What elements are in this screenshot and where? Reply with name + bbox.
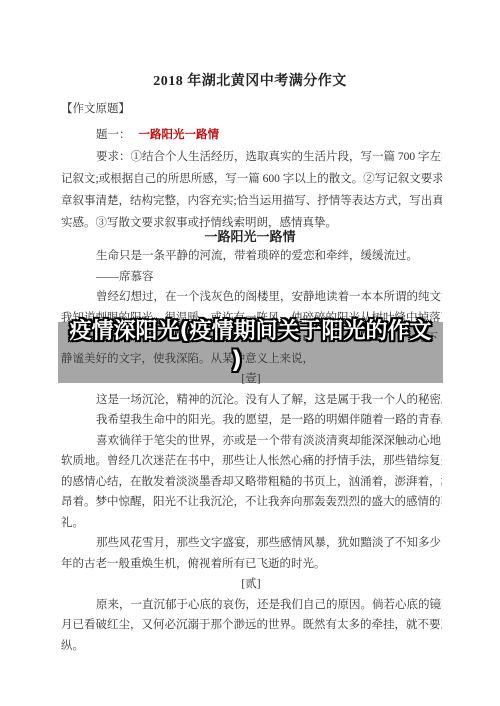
topic-line: 题一：一路阳光一路情 [60,124,442,146]
overlay-caption-title: 疫情深阳光(疫情期间关于阳光的作文 ) [58,318,443,375]
essay-line: 昂着。梦中惊醒，阳光不让我沉沦，不让我奔向那轰轰烈烈的盛大的感情的葬 [60,492,442,513]
essay-line: 纵。 [60,636,442,657]
overlay-caption-line1: 疫情深阳光(疫情期间关于阳光的作文 [58,318,443,345]
essay-line: 礼。 [60,513,442,534]
overlay-caption-line2: ) [44,345,429,375]
essay-line: 喜欢徜徉于笔尖的世界，亦或是一个带有淡淡清爽却能深深触动心地的柔 [60,431,442,452]
requirements-block: 要求：①结合个人生活经历，选取真实的生活片段，写一篇 700 字左右的记叙文;或… [60,146,442,234]
essay-line: 月已看破红尘，又何必沉溺于那个渺远的世界。既然有太多的牵挂，就不要放 [60,615,442,636]
essay-heading: 一路阳光一路情 [0,226,500,245]
essay-line: 的感情心结，在散发着淡淡墨香却又略带粗糙的书页上，汹涌着，澎湃着，激 [60,472,442,493]
essay-line: 生命只是一条平静的河流，带着琐碎的爱恋和牵绊，缓缓流过。 [60,246,442,267]
essay-lines: 生命只是一条平静的河流，带着琐碎的爱恋和牵绊，缓缓流过。——席慕容曾经幻想过，在… [60,246,442,656]
essay-line: 那些风花雪月，那些文字盛宴，那些感情风暴，犹如黯淡了不知多少的流 [60,533,442,554]
essay-line: [贰] [60,574,442,595]
topic-title-red: 一路阳光一路情 [139,129,220,141]
essay-line: 原来，一直沉郁于心底的哀伤，还是我们自己的原因。倘若心底的镜花水 [60,595,442,616]
essay-line: 年的古老一般重焕生机，俯视着所有已飞逝的时光。 [60,554,442,575]
document-title: 2018 年湖北黄冈中考满分作文 [0,70,500,90]
requirement-line: 要求：①结合个人生活经历，选取真实的生活片段，写一篇 700 字左右的 [60,146,442,168]
essay-line: 软质地。曾经几次迷茫在书中，那些让人怅然心痛的抒情手法，那些错综复杂 [60,451,442,472]
prompt-section: 【作文原题】 题一：一路阳光一路情 要求：①结合个人生活经历，选取真实的生活片段… [60,98,442,234]
requirement-line: 章叙事清楚，结构完整，内容充实;恰当运用描写、抒情等表达方式，写出真情 [60,190,442,212]
topic-prefix: 题一： [60,129,131,141]
document-page: 2018 年湖北黄冈中考满分作文 【作文原题】 题一：一路阳光一路情 要求：①结… [0,0,500,706]
essay-line: ——席慕容 [60,267,442,288]
essay-line: 这是一场沉沦，精神的沉沦。没有人了解，这是属于我一个人的秘密。 [60,390,442,411]
section-label: 【作文原题】 [60,98,442,120]
essay-line: 我希望我生命中的阳光。我的愿望，是一路的明媚伴随着一路的青春。 [60,410,442,431]
essay-line: 曾经幻想过，在一个浅灰色的阁楼里，安静地读着一本本所谓的纯文字。 [60,287,442,308]
requirement-line: 记叙文;或根据自己的所思所感，写一篇 600 字以上的散文。②写记叙文要求文 [60,168,442,190]
